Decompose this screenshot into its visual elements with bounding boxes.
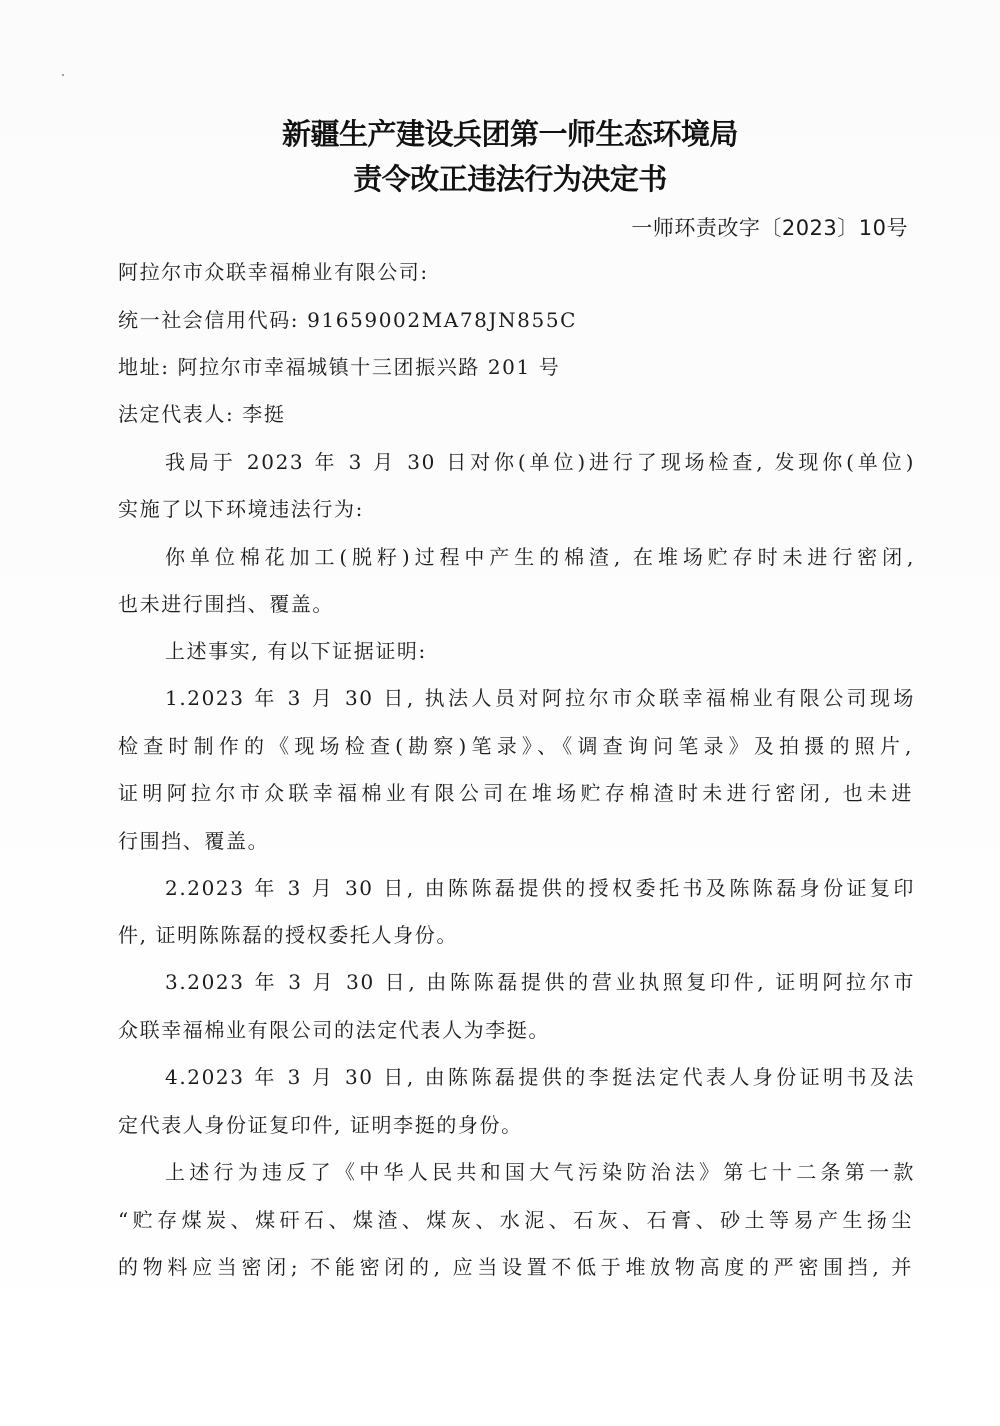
recipient-credit-code: 统一社会信用代码: 91659002MA78JN855C (118, 306, 913, 334)
violation-paragraph-line1: 你单位棉花加工(脱籽)过程中产生的棉渣, 在堆场贮存时未进行密闭, (165, 543, 915, 571)
recipient-address: 地址: 阿拉尔市幸福城镇十三团振兴路 201 号 (118, 353, 913, 381)
recipient-legal-rep: 法定代表人: 李挺 (118, 400, 913, 428)
law-paragraph-line1: 上述行为违反了《中华人民共和国大气污染防治法》第七十二条第一款 (165, 1158, 915, 1186)
violation-paragraph-line2: 也未进行围挡、覆盖。 (118, 590, 913, 618)
intro-paragraph-line2: 实施了以下环境违法行为: (118, 495, 913, 523)
law-paragraph-line2: “贮存煤炭、煤矸石、煤渣、煤灰、水泥、石灰、石膏、砂土等易产生扬尘 (118, 1206, 913, 1234)
evidence-2-line1: 2.2023 年 3 月 30 日, 由陈陈磊提供的授权委托书及陈陈磊身份证复印 (165, 874, 915, 902)
evidence-3-line2: 众联幸福棉业有限公司的法定代表人为李挺。 (118, 1016, 913, 1044)
evidence-4-line1: 4.2023 年 3 月 30 日, 由陈陈磊提供的李挺法定代表人身份证明书及法 (165, 1063, 915, 1091)
document-type-title: 责令改正违法行为决定书 (0, 157, 1000, 198)
evidence-4-line2: 定代表人身份证复印件, 证明李挺的身份。 (118, 1111, 913, 1139)
recipient-company: 阿拉尔市众联幸福棉业有限公司: (118, 258, 913, 286)
law-paragraph-line3: 的物料应当密闭; 不能密闭的, 应当设置不低于堆放物高度的严密围挡, 并 (118, 1253, 913, 1281)
evidence-1-line1: 1.2023 年 3 月 30 日, 执法人员对阿拉尔市众联幸福棉业有限公司现场 (165, 684, 915, 712)
document-page: 新疆生产建设兵团第一师生态环境局 责令改正违法行为决定书 一师环责改字〔2023… (0, 0, 1000, 1426)
intro-paragraph-line1: 我局于 2023 年 3 月 30 日对你(单位)进行了现场检查, 发现你(单位… (165, 448, 915, 476)
evidence-2-line2: 件, 证明陈陈磊的授权委托人身份。 (118, 921, 913, 949)
issuing-authority-title: 新疆生产建设兵团第一师生态环境局 (0, 112, 1000, 153)
evidence-heading: 上述事实, 有以下证据证明: (165, 637, 915, 665)
evidence-3-line1: 3.2023 年 3 月 30 日, 由陈陈磊提供的营业执照复印件, 证明阿拉尔… (165, 968, 915, 996)
document-number: 一师环责改字〔2023〕10号 (631, 212, 908, 242)
evidence-1-line4: 行围挡、覆盖。 (118, 827, 913, 855)
scan-speck (62, 74, 64, 76)
evidence-1-line3: 证明阿拉尔市众联幸福棉业有限公司在堆场贮存棉渣时未进行密闭, 也未进 (118, 779, 913, 807)
evidence-1-line2: 检查时制作的《现场检查(勘察)笔录》、《调查询问笔录》及拍摄的照片, (118, 732, 913, 760)
